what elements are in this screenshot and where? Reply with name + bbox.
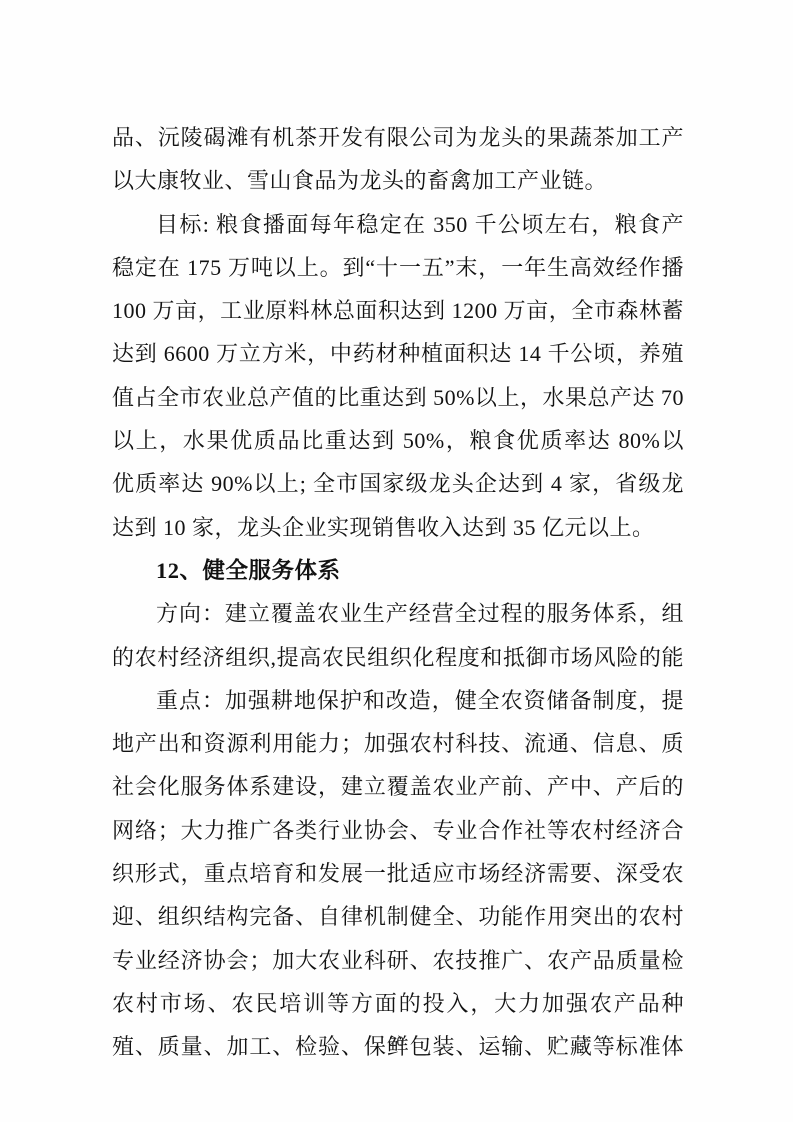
text-line: 网络；大力推广各类行业协会、专业合作社等农村经济合作组 — [112, 809, 684, 852]
text-line: 农村市场、农民培训等方面的投入，大力加强农产品种植、养 — [112, 982, 684, 1025]
text-line: 以大康牧业、雪山食品为龙头的畜禽加工产业链。 — [112, 159, 684, 202]
page-number: 20 — [0, 1034, 793, 1051]
text-line: 品、沅陵碣滩有机茶开发有限公司为龙头的果蔬茶加工产业链， — [112, 116, 684, 159]
text-line: 地产出和资源利用能力；加强农村科技、流通、信息、质检等 — [112, 722, 684, 765]
document-page: 品、沅陵碣滩有机茶开发有限公司为龙头的果蔬茶加工产业链， 以大康牧业、雪山食品为… — [0, 0, 793, 1122]
text-line: 的农村经济组织,提高农民组织化程度和抵御市场风险的能力。 — [112, 636, 684, 679]
text-line: 社会化服务体系建设，建立覆盖农业产前、产中、产后的信息 — [112, 765, 684, 808]
text-line: 100 万亩，工业原料林总面积达到 1200 万亩，全市森林蓄积量 — [112, 289, 684, 332]
text-line: 目标: 粮食播面每年稳定在 350 千公顷左右，粮食产量每年 — [112, 203, 684, 246]
text-line: 迎、组织结构完备、自律机制健全、功能作用突出的农村示范 — [112, 895, 684, 938]
text-line: 稳定在 175 万吨以上。到“十一五”末，一年生高效经作播面达到 — [112, 246, 684, 289]
text-line: 达到 10 家，龙头企业实现销售收入达到 35 亿元以上。 — [112, 506, 684, 549]
text-line: 专业经济协会；加大农业科研、农技推广、农产品质量检测、 — [112, 939, 684, 982]
text-line: 织形式，重点培育和发展一批适应市场经济需要、深受农民欢 — [112, 852, 684, 895]
text-line: 重点：加强耕地保护和改造，健全农资储备制度，提高土 — [112, 679, 684, 722]
text-line: 以上，水果优质品比重达到 50%，粮食优质率达 80%以上，油菜 — [112, 419, 684, 462]
text-line: 方向：建立覆盖农业生产经营全过程的服务体系，组建新 — [112, 592, 684, 635]
section-heading: 12、健全服务体系 — [112, 549, 684, 592]
text-line: 优质率达 90%以上; 全市国家级龙头企达到 4 家，省级龙头企业 — [112, 462, 684, 505]
text-block: 品、沅陵碣滩有机茶开发有限公司为龙头的果蔬茶加工产业链， 以大康牧业、雪山食品为… — [112, 116, 684, 1069]
text-line: 值占全市农业总产值的比重达到 50%以上，水果总产达 70 万吨 — [112, 376, 684, 419]
text-line: 达到 6600 万立方米，中药材种植面积达 14 千公顷，养殖业总产 — [112, 332, 684, 375]
